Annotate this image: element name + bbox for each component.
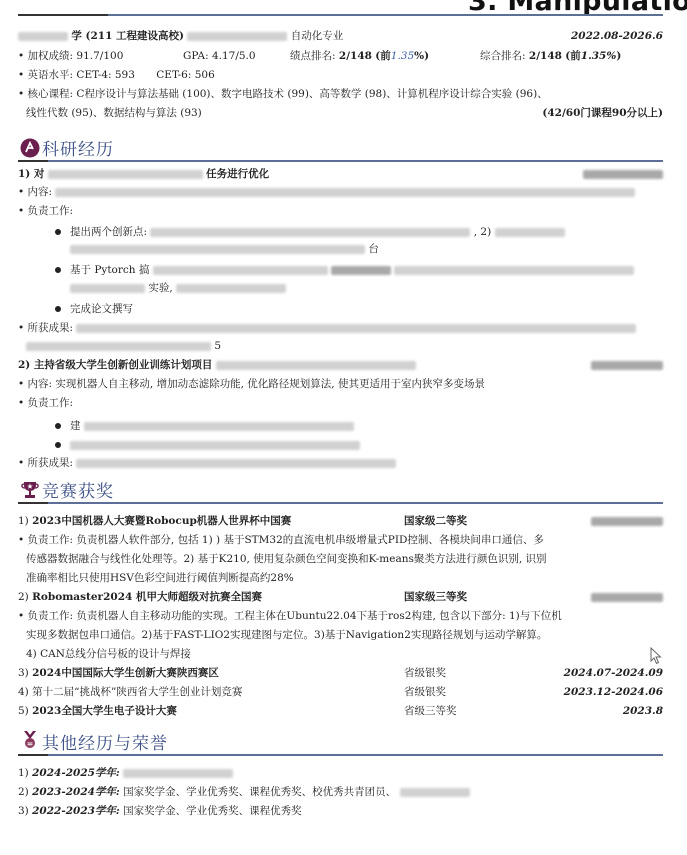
section-header-competitions: 竞赛获奖	[18, 478, 663, 504]
honor-year: 2022-2023学年:	[32, 805, 120, 817]
redacted-department	[187, 32, 287, 41]
top-divider-accent	[18, 14, 108, 16]
courses-line-1: C程序设计与算法基础 (100)、数字电路技术 (99)、高等数学 (98)、计…	[76, 88, 547, 100]
section-divider	[18, 754, 663, 756]
courses-summary: (42/60门课程90分以上)	[542, 105, 663, 121]
section-header-honors: 其他经历与荣誉	[18, 730, 663, 756]
duties-text: 实现多数据包串口通信。2)基于FAST-LIO2实现建图与定位。3)基于Navi…	[26, 629, 547, 641]
competition-name: 2024中国国际大学生创新大赛陕西赛区	[32, 667, 219, 679]
competition-award: 省级三等奖	[404, 703, 457, 719]
results-tail: 5	[214, 340, 221, 352]
duty-2-prefix: 基于 Pytorch 搞	[70, 264, 149, 276]
competition-award: 国家级二等奖	[404, 513, 467, 529]
research-item-1-duties: • 负责工作:	[18, 203, 663, 219]
redacted-text	[70, 441, 360, 450]
duties-label: • 负责工作:	[18, 205, 73, 217]
honor-index: 1)	[18, 767, 29, 779]
redacted-date	[583, 170, 663, 179]
competition-item-1-duties-1: • 负责工作: 负责机器人软件部分, 包括 1) ) 基于STM32的直流电机串…	[18, 532, 663, 548]
honor-index: 2)	[18, 786, 29, 798]
honor-item-2: 2) 2023-2024学年: 国家奖学金、学业优秀奖、课程优秀奖、校优秀共青团…	[18, 784, 663, 800]
english-label: • 英语水平:	[18, 69, 73, 81]
duty-2-cont-mid: 实验,	[148, 282, 172, 294]
competition-date: 2023.8	[623, 703, 663, 719]
weighted-score-label: • 加权成绩:	[18, 50, 73, 62]
bullet	[55, 442, 61, 448]
duties-text: 传感器数据融合与线性化处理等。2) 基于K210, 使用复杂颜色空间变换和K-m…	[26, 553, 547, 565]
competition-name: 第十二届“挑战杯”陕西省大学生创业计划竞赛	[32, 686, 242, 698]
research-item-1-suffix: 任务进行优化	[206, 168, 269, 180]
research-item-1-prefix: 1) 对	[18, 168, 44, 180]
section-divider-accent	[18, 502, 48, 504]
duties-text: 4) CAN总线分信号板的设计与焊接	[26, 648, 191, 660]
honor-item-3: 3) 2022-2023学年: 国家奖学金、学业优秀奖、课程优秀奖	[18, 803, 663, 819]
gpa-rank-pct-prefix: (前	[375, 50, 390, 62]
overall-rank: 2/148	[529, 50, 562, 62]
gpa-rank-pct: 1.35	[391, 50, 414, 62]
redacted-text	[48, 170, 203, 179]
section-divider-accent	[18, 754, 48, 756]
honor-text: 国家奖学金、学业优秀奖、课程优秀奖	[123, 805, 302, 817]
gpa-rank-group: 绩点排名: 2/148 (前1.35%)	[290, 48, 429, 64]
competition-item-2-duties-1: • 负责工作: 负责机器人自主移动功能的实现。工程主体在Ubuntu22.04下…	[18, 608, 663, 624]
research-item-2-title: 2) 主持省级大学生创新创业训练计划项目	[18, 357, 663, 373]
research-item-2-results: • 所获成果:	[18, 455, 663, 471]
trophy-icon	[20, 480, 40, 500]
mouse-cursor-icon	[650, 647, 662, 665]
competition-index: 2)	[18, 591, 29, 603]
competition-item-2: 2) Robomaster2024 机甲大师超级对抗赛全国赛 国家级三等奖	[18, 589, 663, 605]
research-item-2-content-text: 实现机器人自主移动, 增加动态滤除功能, 优化路径规划算法, 使其更适用于室内狭…	[55, 378, 485, 390]
duty-1: 提出两个创新点: , 2)	[70, 224, 660, 240]
redacted-text	[55, 188, 635, 197]
competition-award: 国家级三等奖	[404, 589, 467, 605]
research-item-1-results: • 所获成果:	[18, 320, 663, 336]
redacted-text	[26, 342, 211, 351]
overall-rank-pct-suffix: )	[616, 50, 621, 62]
redacted-date	[591, 593, 663, 602]
competition-date: 2023.12-2024.06	[564, 684, 663, 700]
duty-1-cont: 台	[70, 241, 660, 257]
results-label: • 所获成果:	[18, 322, 73, 334]
section-title-research: 科研经历	[42, 135, 114, 160]
education-header-row: 学 (211 工程建设高校) 自动化专业 2022.08-2026.6	[18, 28, 663, 44]
gpa-rank: 2/148	[339, 50, 372, 62]
gpa-label: GPA:	[183, 50, 209, 62]
gpa-rank-label: 绩点排名:	[290, 50, 336, 62]
research-item-1-content: • 内容:	[18, 184, 663, 200]
competition-item-2-duties-3: 4) CAN总线分信号板的设计与焊接	[18, 646, 663, 662]
courses-row: • 核心课程: C程序设计与算法基础 (100)、数字电路技术 (99)、高等数…	[18, 86, 663, 102]
redacted-text	[84, 422, 354, 431]
english-row: • 英语水平: CET-4: 593 CET-6: 506	[18, 67, 663, 83]
redacted-text	[400, 788, 470, 797]
education-period: 2022.08-2026.6	[571, 28, 663, 44]
duties-text: • 负责工作: 负责机器人自主移动功能的实现。工程主体在Ubuntu22.04下…	[18, 610, 562, 622]
weighted-score: 91.7/100	[76, 50, 123, 62]
redacted-text	[394, 266, 634, 275]
cet6-score: CET-6: 506	[156, 69, 215, 81]
redacted-date	[591, 517, 663, 526]
competition-award: 省级银奖	[404, 684, 446, 700]
research-item-1-results-cont: 5	[18, 338, 663, 354]
gpa-value: 4.17/5.0	[212, 50, 256, 62]
section-divider	[18, 502, 663, 504]
duties-text: • 负责工作: 负责机器人软件部分, 包括 1) ) 基于STM32的直流电机串…	[18, 534, 544, 546]
research-badge-icon	[20, 138, 40, 158]
bullet	[55, 229, 61, 235]
research-item-2-duty-2	[70, 437, 660, 453]
honor-year: 2023-2024学年:	[32, 786, 120, 798]
bullet	[55, 267, 61, 273]
competition-name: Robomaster2024 机甲大师超级对抗赛全国赛	[32, 591, 262, 603]
competition-item-1-duties-2: 传感器数据融合与线性化处理等。2) 基于K210, 使用复杂颜色空间变换和K-m…	[18, 551, 663, 567]
duty-2: 基于 Pytorch 搞	[70, 262, 660, 278]
competition-item-2-duties-2: 实现多数据包串口通信。2)基于FAST-LIO2实现建图与定位。3)基于Navi…	[18, 627, 663, 643]
duty-1-cont-suffix: 台	[368, 243, 379, 255]
section-divider	[18, 160, 663, 162]
section-divider-accent	[18, 160, 48, 162]
overall-rank-pct-prefix: (前	[565, 50, 580, 62]
courses-line-2: 线性代数 (95)、数据结构与算法 (93)	[26, 107, 202, 119]
redacted-text	[70, 284, 145, 293]
medal-icon	[20, 730, 40, 750]
duties-text: 准确率相比只使用HSV色彩空间进行阈值判断提高约28%	[26, 572, 294, 584]
duty-2-cont: 实验,	[70, 280, 660, 296]
competition-item-1-duties-3: 准确率相比只使用HSV色彩空间进行阈值判断提高约28%	[18, 570, 663, 586]
scores-row: • 加权成绩: 91.7/100 GPA: 4.17/5.0 绩点排名: 2/1…	[18, 48, 663, 64]
duty-1-prefix: 建	[70, 420, 81, 432]
section-title-competitions: 竞赛获奖	[42, 477, 114, 502]
redacted-text	[153, 266, 328, 275]
redacted-text	[216, 361, 416, 370]
top-divider	[18, 14, 663, 16]
research-item-2-content: • 内容: 实现机器人自主移动, 增加动态滤除功能, 优化路径规划算法, 使其更…	[18, 376, 663, 392]
courses-label: • 核心课程:	[18, 88, 73, 100]
research-item-1-title: 1) 对 任务进行优化	[18, 166, 663, 182]
overall-rank-group: 综合排名: 2/148 (前1.35%)	[480, 48, 621, 64]
bullet	[55, 423, 61, 429]
section-header-research: 科研经历	[18, 136, 663, 162]
redacted-text	[495, 228, 565, 237]
overall-rank-pct: 1.35%	[581, 50, 617, 62]
major: 自动化专业	[291, 30, 344, 42]
competition-index: 5)	[18, 705, 29, 717]
competition-item-3: 3) 2024中国国际大学生创新大赛陕西赛区 省级银奖 2024.07-2024…	[18, 665, 663, 681]
redacted-text	[176, 284, 286, 293]
competition-index: 4)	[18, 686, 29, 698]
redacted-text	[76, 459, 396, 468]
competition-award: 省级银奖	[404, 665, 446, 681]
competition-item-1: 1) 2023中国机器人大赛暨Robocup机器人世界杯中国赛 国家级二等奖	[18, 513, 663, 529]
content-label: • 内容:	[18, 186, 52, 198]
duty-3-text: 完成论文撰写	[70, 303, 133, 315]
duty-3: 完成论文撰写	[70, 301, 660, 317]
bullet	[55, 306, 61, 312]
competition-index: 1)	[18, 515, 29, 527]
redacted-date	[591, 361, 663, 370]
honor-index: 3)	[18, 805, 29, 817]
cet4-score: CET-4: 593	[76, 69, 135, 81]
redacted-text	[76, 324, 636, 333]
redacted-text	[150, 228, 470, 237]
courses-row-2: 线性代数 (95)、数据结构与算法 (93) (42/60门课程90分以上)	[18, 105, 663, 121]
redacted-text	[331, 266, 391, 275]
redacted-text	[123, 769, 233, 778]
content-label: • 内容:	[18, 378, 52, 390]
gpa-group: GPA: 4.17/5.0	[183, 48, 256, 64]
honor-item-1: 1) 2024-2025学年:	[18, 765, 663, 781]
school-suffix: 学 (211 工程建设高校)	[71, 30, 184, 42]
competition-item-5: 5) 2023全国大学生电子设计大赛 省级三等奖 2023.8	[18, 703, 663, 719]
redacted-text	[70, 245, 365, 254]
competition-name: 2023全国大学生电子设计大赛	[32, 705, 177, 717]
overall-rank-label: 综合排名:	[480, 50, 526, 62]
gpa-rank-pct-suffix: %)	[414, 50, 429, 62]
competition-index: 3)	[18, 667, 29, 679]
redacted-school-name	[18, 32, 68, 41]
competition-item-4: 4) 第十二届“挑战杯”陕西省大学生创业计划竞赛 省级银奖 2023.12-20…	[18, 684, 663, 700]
duties-label: • 负责工作:	[18, 397, 73, 409]
section-title-honors: 其他经历与荣誉	[42, 729, 168, 754]
results-label: • 所获成果:	[18, 457, 73, 469]
honor-year: 2024-2025学年:	[32, 767, 120, 779]
competition-name: 2023中国机器人大赛暨Robocup机器人世界杯中国赛	[32, 515, 291, 527]
research-item-2-title-text: 2) 主持省级大学生创新创业训练计划项目	[18, 359, 212, 371]
competition-date: 2024.07-2024.09	[564, 665, 663, 681]
research-item-2-duty-1: 建	[70, 418, 660, 434]
research-item-2-duties: • 负责工作:	[18, 395, 663, 411]
duty-1-prefix: 提出两个创新点:	[70, 226, 147, 238]
honor-text: 国家奖学金、学业优秀奖、课程优秀奖、校优秀共青团员、	[123, 786, 396, 798]
duty-1-mid: , 2)	[474, 226, 491, 238]
